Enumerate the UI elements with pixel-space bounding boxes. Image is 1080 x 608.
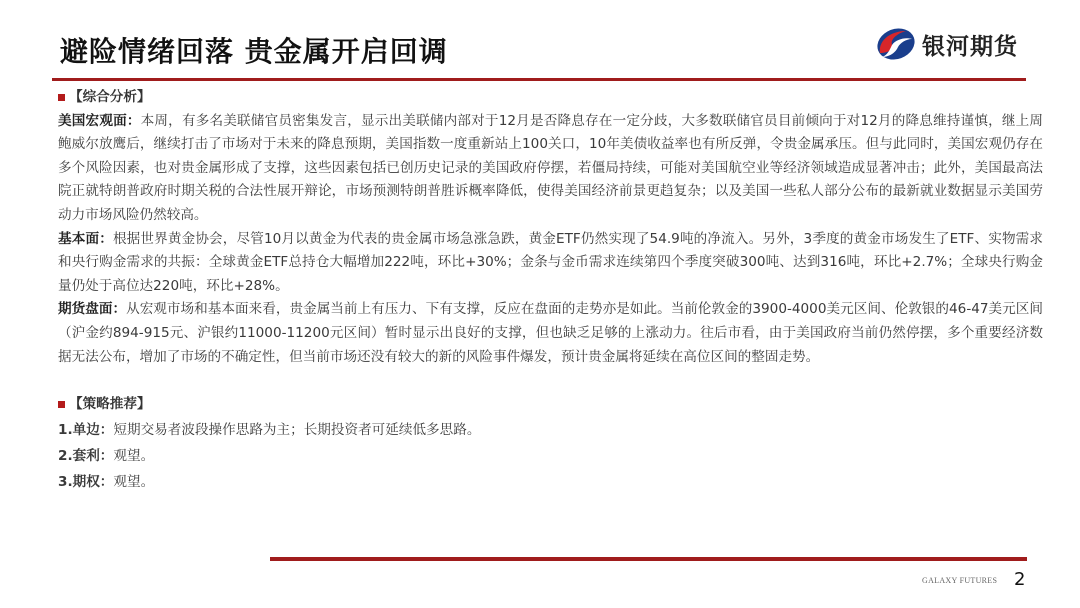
strategy-text: 观望。 xyxy=(113,448,154,464)
galaxy-futures-logo-icon xyxy=(876,27,916,61)
strategy-heading-text: 【策略推荐】 xyxy=(69,393,151,417)
paragraph-label: 基本面： xyxy=(58,231,113,247)
header-divider xyxy=(52,78,1026,81)
strategy-text: 短期交易者波段操作思路为主；长期投资者可延续低多思路。 xyxy=(113,422,480,438)
strategy-text: 观望。 xyxy=(113,474,154,490)
square-bullet-icon xyxy=(58,401,65,408)
paragraph-label: 美国宏观面： xyxy=(58,113,141,129)
strategy-label: 1.单边： xyxy=(58,422,113,438)
paragraph-text: 根据世界黄金协会，尽管10月以黄金为代表的贵金属市场急涨急跌，黄金ETF仍然实现… xyxy=(58,231,1043,294)
footer-brand: GALAXY FUTURES xyxy=(922,576,997,585)
analysis-paragraph-futures: 期货盘面：从宏观市场和基本面来看，贵金属当前上有压力、下有支撑，反应在盘面的走势… xyxy=(58,298,1043,369)
strategy-heading: 【策略推荐】 xyxy=(58,393,1043,417)
strategy-label: 3.期权： xyxy=(58,474,113,490)
strategy-item-arbitrage: 2.套利：观望。 xyxy=(58,443,1043,469)
analysis-paragraph-macro: 美国宏观面：本周，有多名美联储官员密集发言，显示出美联储内部对于12月是否降息存… xyxy=(58,110,1043,228)
analysis-paragraph-fundamentals: 基本面：根据世界黄金协会，尽管10月以黄金为代表的贵金属市场急涨急跌，黄金ETF… xyxy=(58,228,1043,299)
analysis-heading-text: 【综合分析】 xyxy=(69,86,151,110)
paragraph-text: 从宏观市场和基本面来看，贵金属当前上有压力、下有支撑，反应在盘面的走势亦是如此。… xyxy=(58,301,1043,364)
paragraph-label: 期货盘面： xyxy=(58,301,126,317)
footer-divider xyxy=(270,557,1027,561)
square-bullet-icon xyxy=(58,94,65,101)
strategy-item-directional: 1.单边：短期交易者波段操作思路为主；长期投资者可延续低多思路。 xyxy=(58,417,1043,443)
content-body: 【综合分析】 美国宏观面：本周，有多名美联储官员密集发言，显示出美联储内部对于1… xyxy=(58,86,1043,495)
analysis-heading: 【综合分析】 xyxy=(58,86,1043,110)
strategy-item-options: 3.期权：观望。 xyxy=(58,469,1043,495)
page-title: 避险情绪回落 贵金属开启回调 xyxy=(60,30,448,70)
strategy-label: 2.套利： xyxy=(58,448,113,464)
company-logo: 银河期货 xyxy=(876,27,1018,61)
paragraph-text: 本周，有多名美联储官员密集发言，显示出美联储内部对于12月是否降息存在一定分歧，… xyxy=(58,113,1043,223)
page-number: 2 xyxy=(1014,569,1025,590)
logo-text: 银河期货 xyxy=(922,28,1018,61)
